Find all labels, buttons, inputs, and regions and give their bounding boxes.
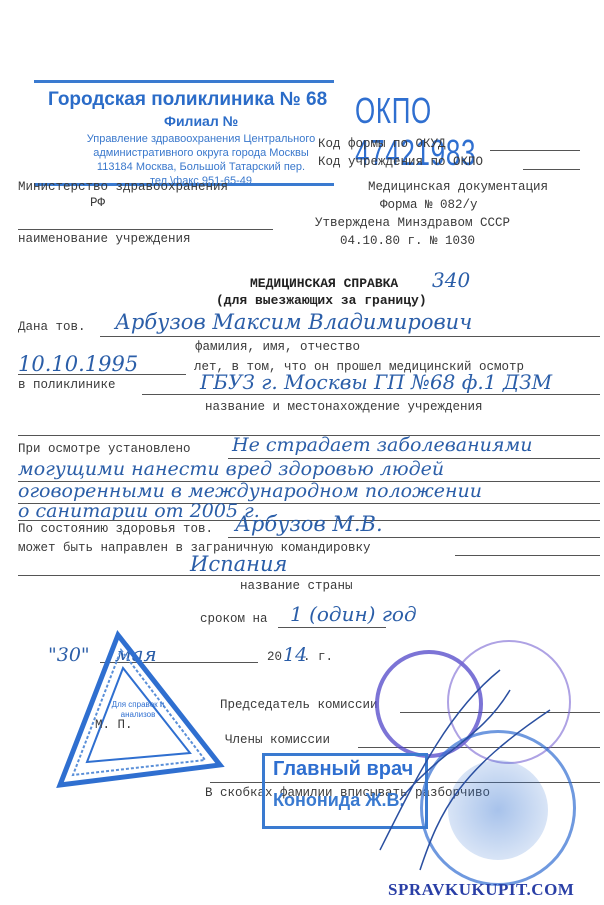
clinic-value: ГБУЗ г. Москвы ГП №68 ф.1 ДЗМ xyxy=(200,370,552,394)
date-year-prefix: 20 xyxy=(267,650,282,664)
institution-caption: наименование учреждения xyxy=(18,232,191,246)
date-year-g: . г. xyxy=(303,650,333,664)
health-label: По состоянию здоровья тов. xyxy=(18,522,213,536)
exam-line4: о санитарии от 2005 г. xyxy=(18,500,260,522)
country-value: Испания xyxy=(190,552,287,576)
trip-line xyxy=(455,555,600,556)
exam-line1: Не страдает заболеваниями xyxy=(232,434,532,456)
country-caption: название страны xyxy=(240,579,353,593)
form-info-line2: Форма № 082/у xyxy=(380,198,478,212)
okud-line xyxy=(490,150,580,151)
term-label: сроком на xyxy=(200,612,268,626)
health-value: Арбузов М.В. xyxy=(235,512,383,536)
given-to-value: Арбузов Максим Владимирович xyxy=(115,310,472,334)
okpo-label: Код учреждения по ОКПО xyxy=(318,155,483,169)
okud-label: Код формы по ОКУД xyxy=(318,137,446,151)
exam-line2: могущими нанести вред здоровью людей xyxy=(18,458,444,480)
members-label: Члены комиссии xyxy=(225,733,330,747)
signature-scribble xyxy=(360,650,580,880)
country-line xyxy=(18,575,600,576)
chair-label: Председатель комиссии xyxy=(220,698,378,712)
clinic-header-stamp: Городская поликлиника № 68 Филиал № Упра… xyxy=(34,80,334,186)
form-info-line4: 04.10.80 г. № 1030 xyxy=(340,234,475,248)
clinic-line xyxy=(142,394,600,395)
ministry-line2: РФ xyxy=(90,196,105,210)
stamp-branch: Филиал № xyxy=(164,113,238,129)
institution-line xyxy=(18,229,273,230)
clinic-caption: название и местонахождение учреждения xyxy=(205,400,483,414)
term-value: 1 (один) год xyxy=(290,602,417,626)
exam-line3: оговоренными в международном положении xyxy=(18,480,482,502)
given-to-label: Дана тов. xyxy=(18,320,86,334)
watermark: SPRAVKUKUPIT.COM xyxy=(388,880,574,900)
ministry-line1: Министерство здравоохранения xyxy=(18,180,228,194)
given-to-line xyxy=(100,336,600,337)
stamp-place-label: М. П. xyxy=(95,718,133,732)
certificate-number: 340 xyxy=(432,268,470,292)
clinic-label: в поликлинике xyxy=(18,378,116,392)
triangle-stamp-text: Для справок и анализов xyxy=(108,700,168,720)
okpo-line xyxy=(523,169,580,170)
name-caption: фамилия, имя, отчество xyxy=(195,340,360,354)
form-info-line3: Утверждена Минздравом СССР xyxy=(315,216,510,230)
form-info-line1: Медицинская документация xyxy=(368,180,548,194)
health-line xyxy=(228,537,600,538)
document-subtitle: (для выезжающих за границу) xyxy=(216,293,427,308)
document-title: МЕДИЦИНСКАЯ СПРАВКА xyxy=(250,276,398,291)
stamp-clinic-name: Городская поликлиника № 68 xyxy=(48,89,327,111)
exam-label: При осмотре установлено xyxy=(18,442,191,456)
birth-value: 10.10.1995 xyxy=(18,352,138,376)
term-line xyxy=(278,627,386,628)
